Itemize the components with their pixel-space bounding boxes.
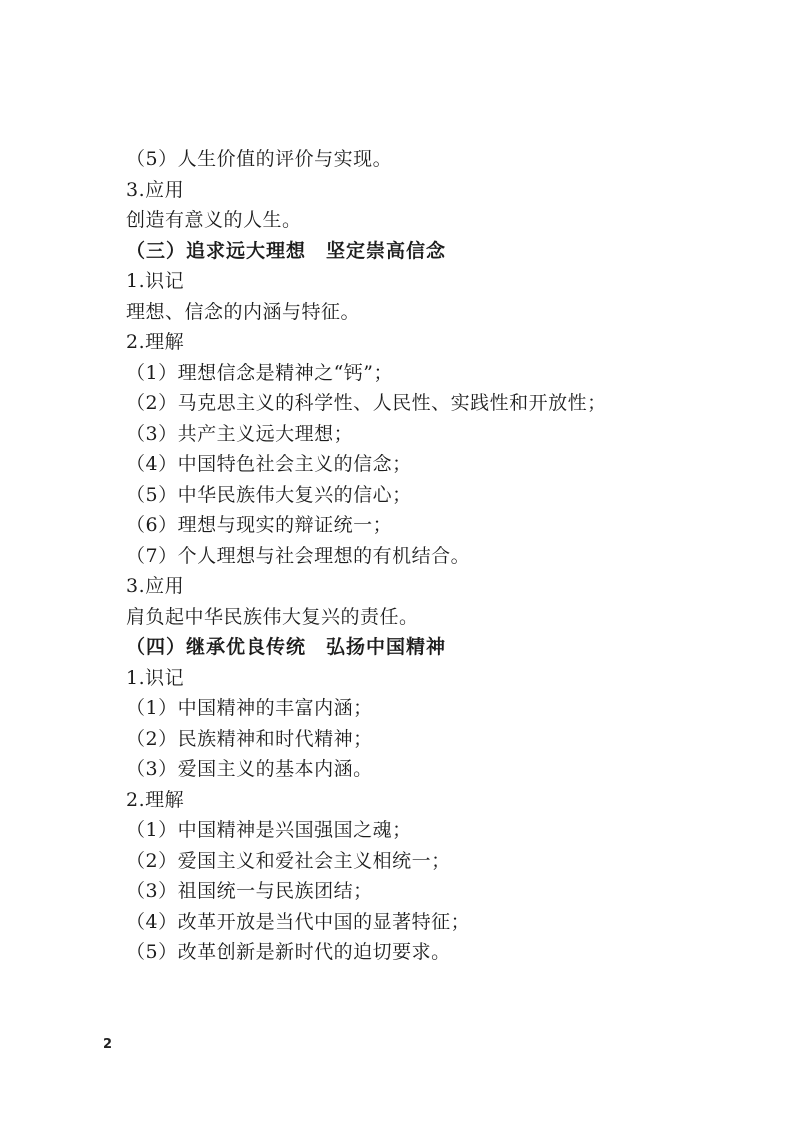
text-line: （4）中国特色社会主义的信念； — [126, 449, 743, 480]
text-line: （3）祖国统一与民族团结； — [126, 876, 743, 907]
text-line: 2.理解 — [126, 785, 743, 816]
text-line: （7）个人理想与社会理想的有机结合。 — [126, 541, 743, 572]
text-line: （2）马克思主义的科学性、人民性、实践性和开放性； — [126, 388, 743, 419]
page-number: 2 — [103, 1037, 112, 1052]
text-line: （3）爱国主义的基本内涵。 — [126, 754, 743, 785]
text-line: （2）爱国主义和爱社会主义相统一； — [126, 846, 743, 877]
text-line: （5）改革创新是新时代的迫切要求。 — [126, 937, 743, 968]
text-line: （2）民族精神和时代精神； — [126, 724, 743, 755]
text-line: （4）改革开放是当代中国的显著特征； — [126, 907, 743, 938]
text-line: （1）理想信念是精神之“钙”； — [126, 358, 743, 389]
text-line: 3.应用 — [126, 175, 743, 206]
text-line: （1）中国精神的丰富内涵； — [126, 693, 743, 724]
text-line: 1.识记 — [126, 663, 743, 694]
section-heading: （四）继承优良传统 弘扬中国精神 — [126, 632, 743, 663]
text-line: （6）理想与现实的辩证统一； — [126, 510, 743, 541]
text-line: （5）人生价值的评价与实现。 — [126, 144, 743, 175]
text-line: （5）中华民族伟大复兴的信心； — [126, 480, 743, 511]
text-line: 1.识记 — [126, 266, 743, 297]
text-line: （3）共产主义远大理想； — [126, 419, 743, 450]
document-body: （5）人生价值的评价与实现。3.应用创造有意义的人生。（三）追求远大理想 坚定崇… — [126, 144, 743, 968]
text-line: 3.应用 — [126, 571, 743, 602]
text-line: 2.理解 — [126, 327, 743, 358]
section-heading: （三）追求远大理想 坚定崇高信念 — [126, 236, 743, 267]
text-line: 创造有意义的人生。 — [126, 205, 743, 236]
text-line: 理想、信念的内涵与特征。 — [126, 297, 743, 328]
text-line: （1）中国精神是兴国强国之魂； — [126, 815, 743, 846]
document-page: （5）人生价值的评价与实现。3.应用创造有意义的人生。（三）追求远大理想 坚定崇… — [0, 0, 793, 1122]
text-line: 肩负起中华民族伟大复兴的责任。 — [126, 602, 743, 633]
